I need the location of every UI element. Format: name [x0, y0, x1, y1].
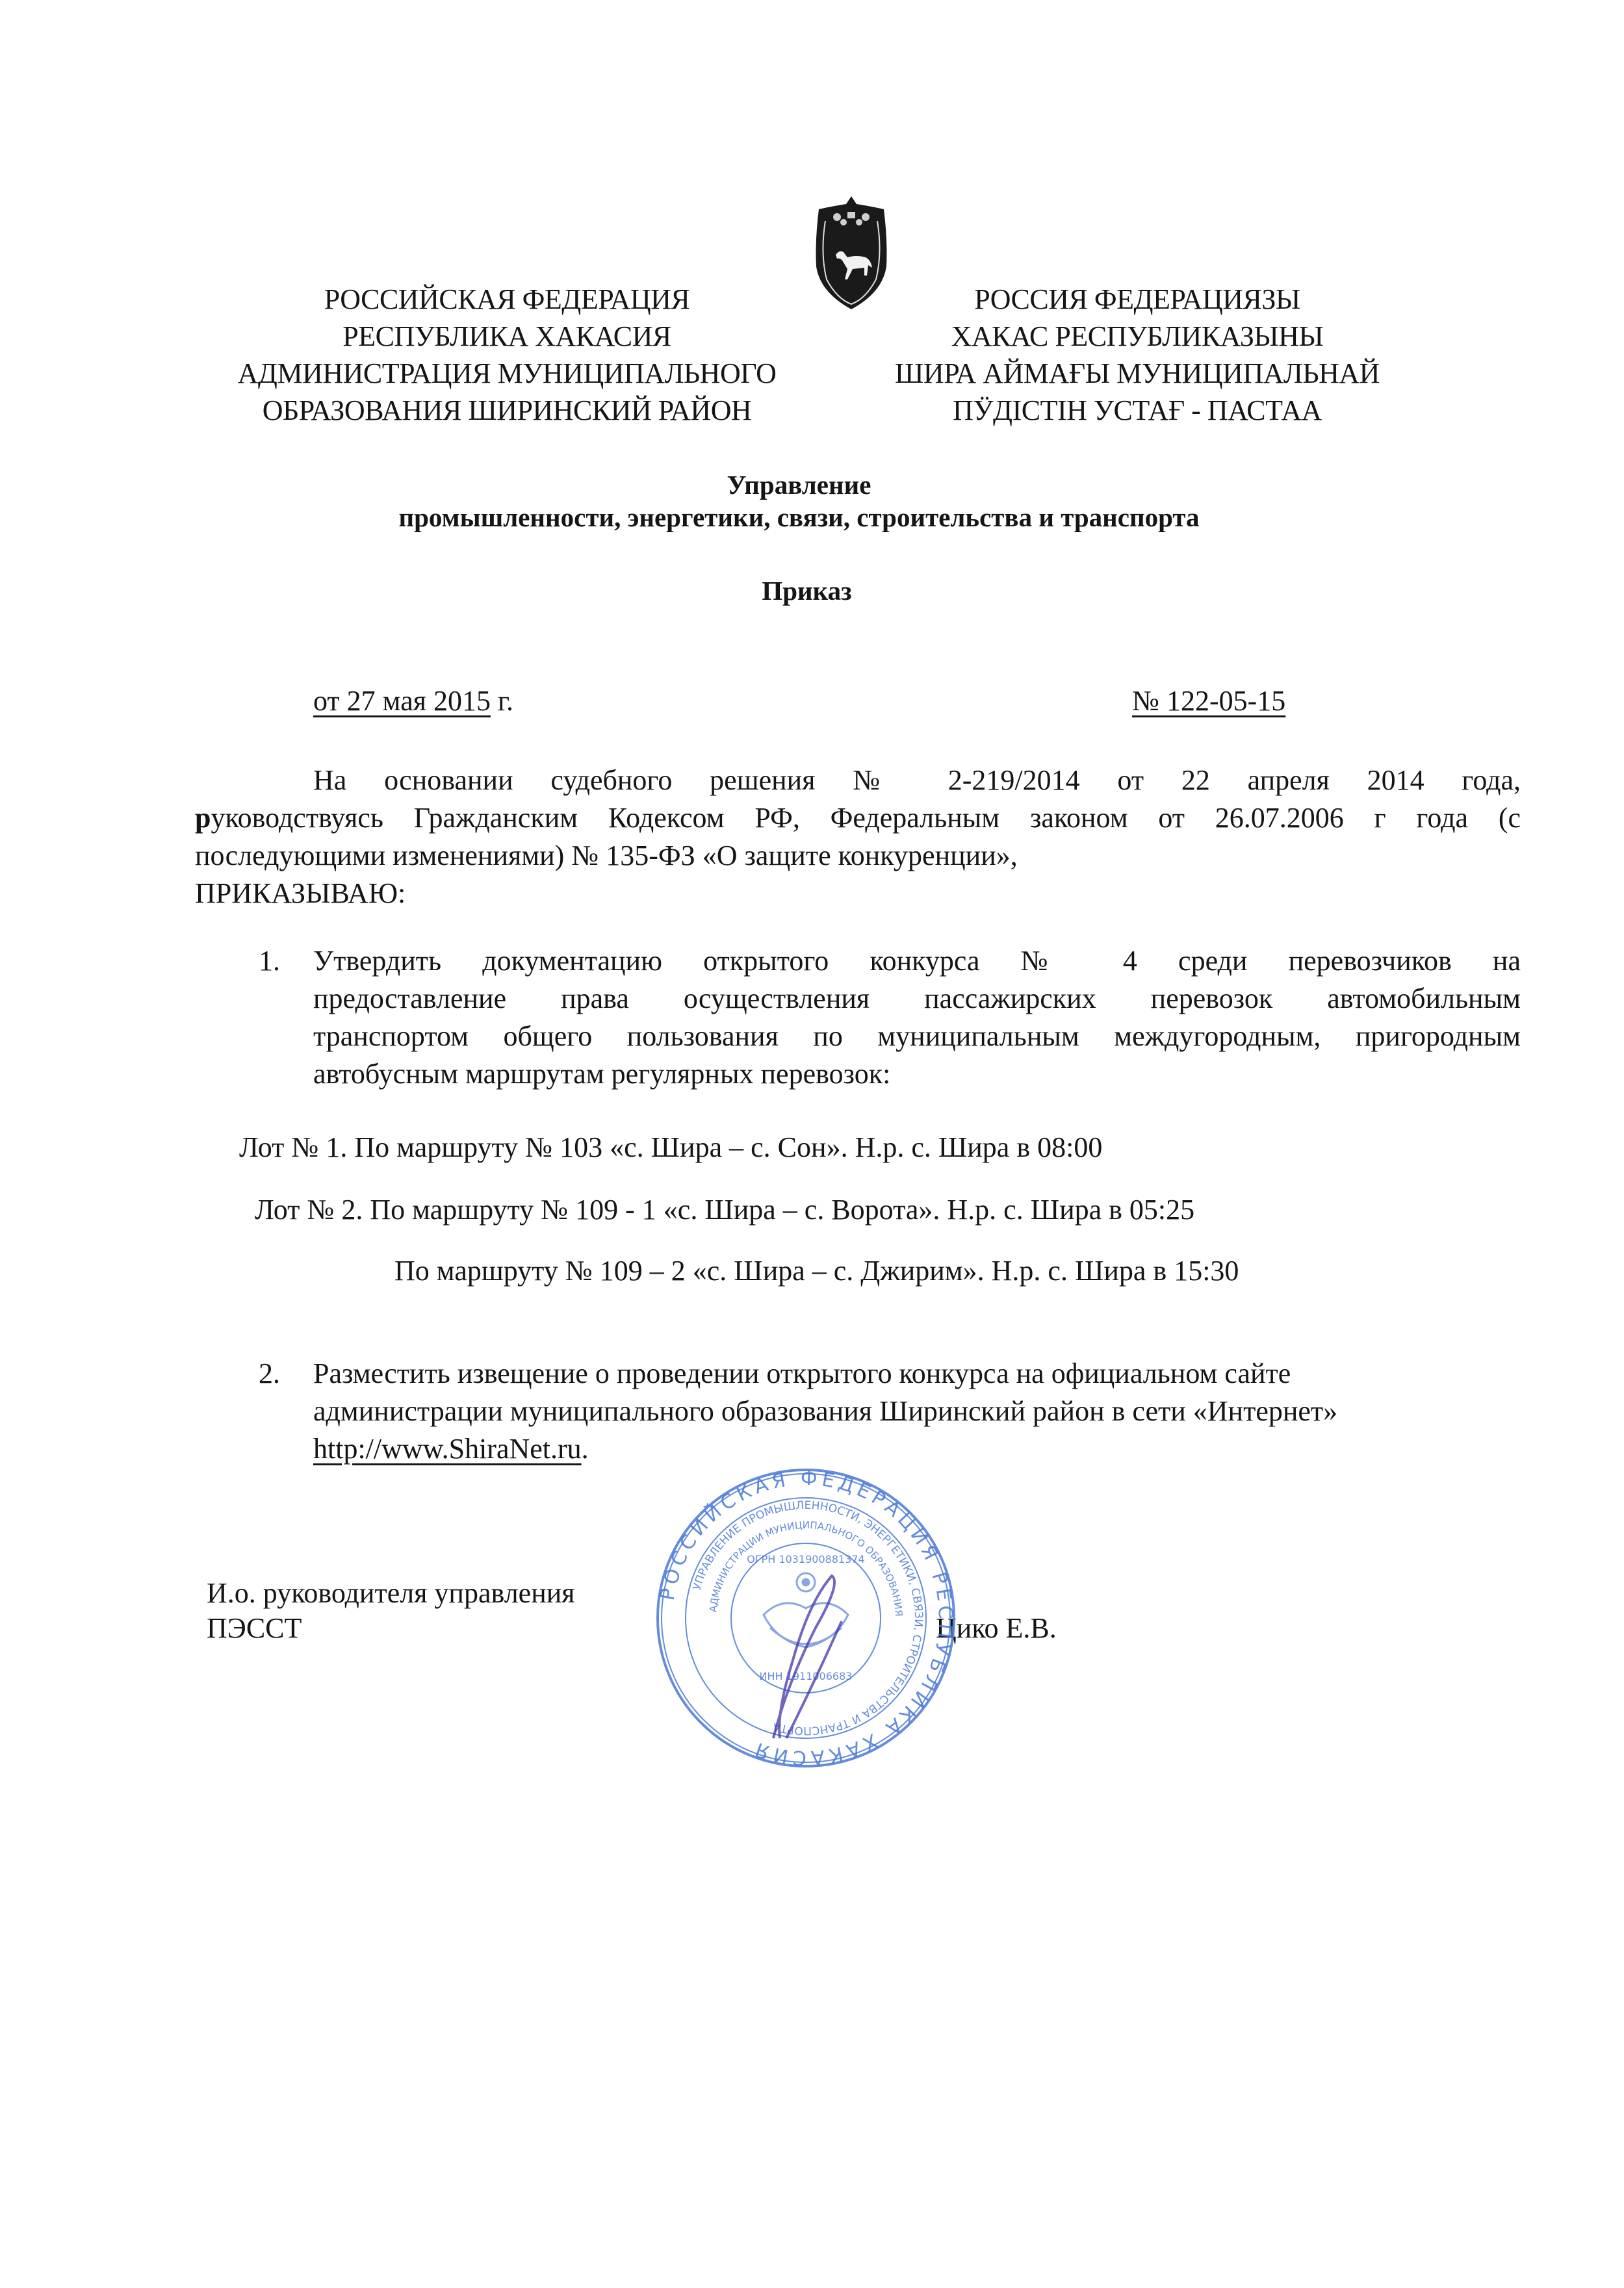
preamble-line: На основании судебного решения № 2-219/2… — [195, 762, 1521, 799]
order-directive: ПРИКАЗЫВАЮ: — [195, 875, 1521, 912]
order-date-suffix: г. — [491, 685, 513, 717]
official-seal-stamp: РОССИЙСКАЯ ФЕДЕРАЦИЯ РЕСПУБЛИКА ХАКАСИЯ … — [647, 1465, 965, 1771]
signatory-position-line2: ПЭССТ — [207, 1611, 575, 1646]
order-date: от 27 мая 2015 г. — [313, 684, 513, 717]
seal-ogrn: ОГРН 1031900881374 — [747, 1553, 864, 1565]
item-line: Утвердить документацию открытого конкурс… — [313, 942, 1521, 980]
seal-inn: ИНН 1911006683 — [760, 1670, 853, 1682]
website-link-suffix: . — [582, 1433, 589, 1465]
preamble-line: последующими изменениями) № 135-ФЗ «О за… — [195, 837, 1521, 875]
header-left-russian: РОССИЙСКАЯ ФЕДЕРАЦИЯ РЕСПУБЛИКА ХАКАСИЯ … — [182, 281, 832, 429]
document-title: Приказ — [0, 575, 1619, 606]
order-number-value: № 122-05-15 — [1132, 685, 1285, 717]
lot-2-route-109-2: По маршруту № 109 – 2 «с. Шира – с. Джир… — [394, 1254, 1239, 1287]
header-right-line: ХАКАС РЕСПУБЛИКАЗЫНЫ — [825, 318, 1449, 355]
header-left-line: ОБРАЗОВАНИЯ ШИРИНСКИЙ РАЙОН — [182, 392, 832, 429]
order-date-value: от 27 мая 2015 — [313, 685, 491, 717]
item-number: 2. — [259, 1355, 280, 1393]
preamble-bold-initial: р — [195, 802, 211, 834]
website-link[interactable]: http://www.ShiraNet.ru — [313, 1433, 582, 1465]
document-page: РОССИЙСКАЯ ФЕДЕРАЦИЯ РЕСПУБЛИКА ХАКАСИЯ … — [0, 0, 1624, 2288]
preamble: На основании судебного решения № 2-219/2… — [195, 762, 1521, 912]
department-subheading: промышленности, энергетики, связи, строи… — [0, 500, 1611, 534]
item-line: автобусным маршрутам регулярных перевозо… — [313, 1055, 1521, 1093]
header-right-line: ПӰДІСТІН УСТАҒ - ПАСТАА — [825, 392, 1449, 429]
signatory-position-line1: И.о. руководителя управления — [207, 1576, 575, 1611]
item-line: Разместить извещение о проведении открыт… — [313, 1355, 1548, 1393]
preamble-line: руководствуясь Гражданским Кодексом РФ, … — [195, 799, 1521, 837]
website-line: http://www.ShiraNet.ru. — [313, 1430, 1548, 1468]
header-right-line: РОССИЯ ФЕДЕРАЦИЯЗЫ — [825, 281, 1449, 318]
lot-1-route-103: Лот № 1. По маршруту № 103 «с. Шира – с.… — [239, 1131, 1102, 1164]
signatory-position: И.о. руководителя управления ПЭССТ — [207, 1576, 575, 1646]
item-number: 1. — [259, 942, 280, 980]
item-line: предоставление права осуществления пасса… — [313, 980, 1521, 1018]
lot-2-route-109-1: Лот № 2. По маршруту № 109 - 1 «с. Шира … — [255, 1193, 1194, 1226]
handwritten-signature — [773, 1576, 842, 1738]
preamble-line-text: уководствуясь Гражданским Кодексом РФ, Ф… — [211, 802, 1521, 834]
item-line: транспортом общего пользования по муници… — [313, 1018, 1521, 1055]
header-right-khakas: РОССИЯ ФЕДЕРАЦИЯЗЫ ХАКАС РЕСПУБЛИКАЗЫНЫ … — [825, 281, 1449, 429]
order-number: № 122-05-15 — [1132, 684, 1285, 717]
header-right-line: ШИРА АЙМАҒЫ МУНИЦИПАЛЬНАЙ — [825, 355, 1449, 392]
item-line: администрации муниципального образования… — [313, 1393, 1548, 1430]
header-left-line: РЕСПУБЛИКА ХАКАСИЯ — [182, 318, 832, 355]
header-left-line: АДМИНИСТРАЦИЯ МУНИЦИПАЛЬНОГО — [182, 355, 832, 392]
header-left-line: РОССИЙСКАЯ ФЕДЕРАЦИЯ — [182, 281, 832, 318]
department-heading: Управление — [0, 468, 1611, 502]
